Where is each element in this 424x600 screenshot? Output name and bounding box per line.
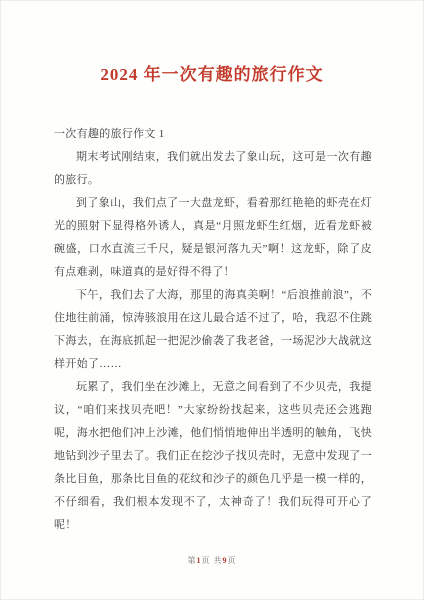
section-heading: 一次有趣的旅行作文 1 — [54, 123, 372, 146]
body-paragraph: 玩累了，我们坐在沙滩上，无意之间看到了不少贝壳，我提议，“咱们来找贝壳吧！”大家… — [54, 376, 372, 537]
body-paragraph: 到了象山，我们点了一大盘龙虾，看着那红艳艳的虾壳在灯光的照射下显得格外诱人，真是… — [54, 192, 372, 284]
footer-label-middle: 页 共 — [202, 556, 223, 565]
body-paragraph: 下午，我们去了大海，那里的海真美啊！“后浪推前浪”，不住地往前涌，惊涛骇浪用在这… — [54, 284, 372, 376]
footer-label-suffix: 页 — [228, 556, 237, 565]
document-body: 一次有趣的旅行作文 1 期末考试刚结束，我们就出发去了象山玩，这可是一次有趣的旅… — [54, 123, 372, 537]
body-paragraph: 期末考试刚结束，我们就出发去了象山玩，这可是一次有趣的旅行。 — [54, 146, 372, 192]
page-footer: 第1页 共9页 — [1, 555, 423, 566]
document-title: 2024 年一次有趣的旅行作文 — [1, 63, 423, 87]
footer-label-prefix: 第 — [188, 556, 197, 565]
document-page: 2024 年一次有趣的旅行作文 一次有趣的旅行作文 1 期末考试刚结束，我们就出… — [0, 0, 424, 600]
